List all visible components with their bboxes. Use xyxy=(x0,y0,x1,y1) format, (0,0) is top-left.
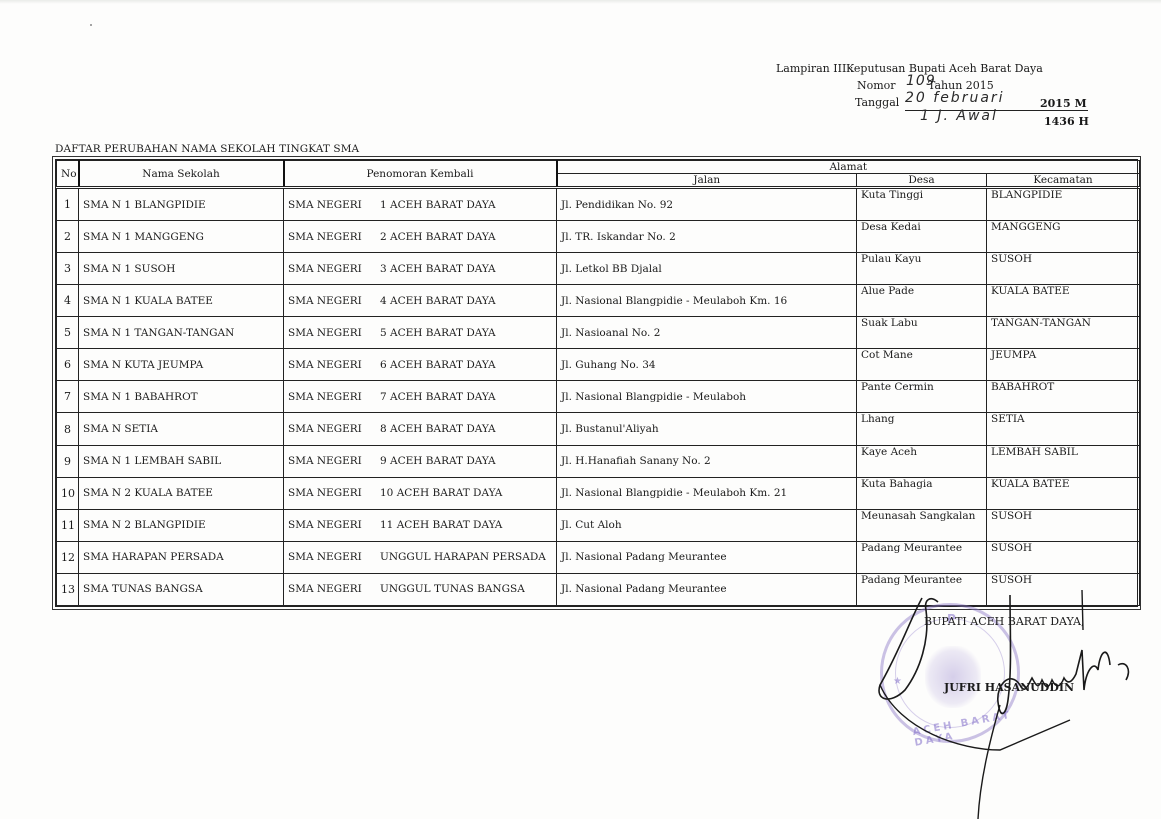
table-row: 3SMA N 1 SUSOHSMA NEGERI3 ACEH BARAT DAY… xyxy=(57,253,1140,285)
col-header-penomoran: Penomoran Kembali xyxy=(284,161,557,188)
row-nama-sekolah: SMA N 1 MANGGENG xyxy=(79,221,284,253)
penomoran-prefix: SMA NEGERI xyxy=(288,455,380,467)
row-jalan: Jl. Nasional Blangpidie - Meulaboh Km. 2… xyxy=(557,477,857,509)
row-desa: Alue Pade xyxy=(857,285,987,317)
table-row: 9SMA N 1 LEMBAH SABILSMA NEGERI9 ACEH BA… xyxy=(57,445,1140,477)
penomoran-prefix: SMA NEGERI xyxy=(288,263,380,275)
row-desa: Pulau Kayu xyxy=(857,253,987,285)
school-table-frame: No Nama Sekolah Penomoran Kembali Alamat… xyxy=(52,156,1141,610)
lampiran-title: Keputusan Bupati Aceh Barat Daya xyxy=(846,61,1043,77)
row-no: 1 xyxy=(57,188,79,221)
row-kecamatan: SETIA xyxy=(987,413,1140,445)
table-row: 11SMA N 2 BLANGPIDIESMA NEGERI11 ACEH BA… xyxy=(57,509,1140,541)
table-row: 4SMA N 1 KUALA BATEESMA NEGERI4 ACEH BAR… xyxy=(57,285,1140,317)
penomoran-prefix: SMA NEGERI xyxy=(288,295,380,307)
row-penomoran: SMA NEGERI7 ACEH BARAT DAYA xyxy=(284,381,557,413)
document-title: DAFTAR PERUBAHAN NAMA SEKOLAH TINGKAT SM… xyxy=(55,143,359,155)
row-no: 6 xyxy=(57,349,79,381)
col-header-nama: Nama Sekolah xyxy=(79,161,284,188)
row-nama-sekolah: SMA N 1 BLANGPIDIE xyxy=(79,188,284,221)
tanggal-label: Tanggal xyxy=(855,95,899,111)
row-penomoran: SMA NEGERIUNGGUL HARAPAN PERSADA xyxy=(284,541,557,573)
penomoran-suffix: 2 ACEH BARAT DAYA xyxy=(380,231,496,243)
penomoran-suffix: 8 ACEH BARAT DAYA xyxy=(380,423,496,435)
row-nama-sekolah: SMA N 1 LEMBAH SABIL xyxy=(79,445,284,477)
school-table: No Nama Sekolah Penomoran Kembali Alamat… xyxy=(56,160,1140,606)
row-desa: Kaye Aceh xyxy=(857,445,987,477)
row-no: 10 xyxy=(57,477,79,509)
penomoran-prefix: SMA NEGERI xyxy=(288,359,380,371)
table-row: 8SMA N SETIASMA NEGERI8 ACEH BARAT DAYAJ… xyxy=(57,413,1140,445)
table-row: 5SMA N 1 TANGAN-TANGANSMA NEGERI5 ACEH B… xyxy=(57,317,1140,349)
row-nama-sekolah: SMA N 2 KUALA BATEE xyxy=(79,477,284,509)
nomor-label: Nomor xyxy=(857,78,896,94)
row-jalan: Jl. Nasional Padang Meurantee xyxy=(557,573,857,605)
penomoran-prefix: SMA NEGERI xyxy=(288,519,380,531)
row-kecamatan: MANGGENG xyxy=(987,221,1140,253)
row-no: 13 xyxy=(57,573,79,605)
row-desa: Pante Cermin xyxy=(857,381,987,413)
table-row: 1SMA N 1 BLANGPIDIESMA NEGERI1 ACEH BARA… xyxy=(57,188,1140,221)
row-penomoran: SMA NEGERI2 ACEH BARAT DAYA xyxy=(284,221,557,253)
row-no: 2 xyxy=(57,221,79,253)
row-jalan: Jl. Nasional Blangpidie - Meulaboh xyxy=(557,381,857,413)
row-jalan: Jl. Pendidikan No. 92 xyxy=(557,188,857,221)
penomoran-suffix: 5 ACEH BARAT DAYA xyxy=(380,327,496,339)
penomoran-prefix: SMA NEGERI xyxy=(288,423,380,435)
row-kecamatan: SUSOH xyxy=(987,541,1140,573)
penomoran-prefix: SMA NEGERI xyxy=(288,487,380,499)
penomoran-prefix: SMA NEGERI xyxy=(288,327,380,339)
penomoran-suffix: 11 ACEH BARAT DAYA xyxy=(380,519,502,531)
penomoran-suffix: 7 ACEH BARAT DAYA xyxy=(380,391,496,403)
row-nama-sekolah: SMA N KUTA JEUMPA xyxy=(79,349,284,381)
row-kecamatan: JEUMPA xyxy=(987,349,1140,381)
row-penomoran: SMA NEGERI8 ACEH BARAT DAYA xyxy=(284,413,557,445)
row-desa: Cot Mane xyxy=(857,349,987,381)
penomoran-suffix: UNGGUL TUNAS BANGSA xyxy=(380,583,525,595)
penomoran-prefix: SMA NEGERI xyxy=(288,391,380,403)
tanggal-hijri: 1436 H xyxy=(1044,114,1089,130)
row-desa: Kuta Tinggi xyxy=(857,188,987,221)
row-nama-sekolah: SMA N 1 KUALA BATEE xyxy=(79,285,284,317)
row-kecamatan: KUALA BATEE xyxy=(987,477,1140,509)
row-penomoran: SMA NEGERI6 ACEH BARAT DAYA xyxy=(284,349,557,381)
row-jalan: Jl. Guhang No. 34 xyxy=(557,349,857,381)
row-kecamatan: BABAHROT xyxy=(987,381,1140,413)
row-kecamatan: LEMBAH SABIL xyxy=(987,445,1140,477)
table-row: 6SMA N KUTA JEUMPASMA NEGERI6 ACEH BARAT… xyxy=(57,349,1140,381)
table-row: 2SMA N 1 MANGGENGSMA NEGERI2 ACEH BARAT … xyxy=(57,221,1140,253)
row-desa: Padang Meurantee xyxy=(857,541,987,573)
row-kecamatan: TANGAN-TANGAN xyxy=(987,317,1140,349)
table-row: 7SMA N 1 BABAHROTSMA NEGERI7 ACEH BARAT … xyxy=(57,381,1140,413)
row-jalan: Jl. Cut Aloh xyxy=(557,509,857,541)
row-penomoran: SMA NEGERI1 ACEH BARAT DAYA xyxy=(284,188,557,221)
row-nama-sekolah: SMA N 2 BLANGPIDIE xyxy=(79,509,284,541)
row-desa: Suak Labu xyxy=(857,317,987,349)
handwritten-signature xyxy=(860,590,1161,819)
penomoran-prefix: SMA NEGERI xyxy=(288,583,380,595)
row-jalan: Jl. H.Hanafiah Sanany No. 2 xyxy=(557,445,857,477)
row-nama-sekolah: SMA N 1 SUSOH xyxy=(79,253,284,285)
row-penomoran: SMA NEGERI9 ACEH BARAT DAYA xyxy=(284,445,557,477)
row-no: 9 xyxy=(57,445,79,477)
row-no: 5 xyxy=(57,317,79,349)
tanggal-handwritten: 20 februari xyxy=(905,90,1005,106)
row-nama-sekolah: SMA HARAPAN PERSADA xyxy=(79,541,284,573)
row-no: 7 xyxy=(57,381,79,413)
col-header-jalan: Jalan xyxy=(557,174,857,188)
row-desa: Meunasah Sangkalan xyxy=(857,509,987,541)
col-header-desa: Desa xyxy=(857,174,987,188)
row-penomoran: SMA NEGERI3 ACEH BARAT DAYA xyxy=(284,253,557,285)
row-no: 4 xyxy=(57,285,79,317)
scan-edge xyxy=(0,0,1161,4)
row-penomoran: SMA NEGERI4 ACEH BARAT DAYA xyxy=(284,285,557,317)
row-no: 3 xyxy=(57,253,79,285)
row-penomoran: SMA NEGERIUNGGUL TUNAS BANGSA xyxy=(284,573,557,605)
row-jalan: Jl. TR. Iskandar No. 2 xyxy=(557,221,857,253)
row-penomoran: SMA NEGERI10 ACEH BARAT DAYA xyxy=(284,477,557,509)
tanggal-hijri-handwritten: 1 J. Awal xyxy=(920,108,998,124)
col-header-kecamatan: Kecamatan xyxy=(987,174,1140,188)
row-no: 12 xyxy=(57,541,79,573)
row-no: 8 xyxy=(57,413,79,445)
row-jalan: Jl. Nasional Blangpidie - Meulaboh Km. 1… xyxy=(557,285,857,317)
table-row: 10SMA N 2 KUALA BATEESMA NEGERI10 ACEH B… xyxy=(57,477,1140,509)
penomoran-suffix: 4 ACEH BARAT DAYA xyxy=(380,295,496,307)
row-jalan: Jl. Nasional Padang Meurantee xyxy=(557,541,857,573)
penomoran-prefix: SMA NEGERI xyxy=(288,551,380,563)
row-nama-sekolah: SMA TUNAS BANGSA xyxy=(79,573,284,605)
row-penomoran: SMA NEGERI11 ACEH BARAT DAYA xyxy=(284,509,557,541)
row-desa: Lhang xyxy=(857,413,987,445)
row-kecamatan: SUSOH xyxy=(987,253,1140,285)
penomoran-prefix: SMA NEGERI xyxy=(288,231,380,243)
penomoran-suffix: UNGGUL HARAPAN PERSADA xyxy=(380,551,546,563)
row-kecamatan: SUSOH xyxy=(987,509,1140,541)
penomoran-suffix: 3 ACEH BARAT DAYA xyxy=(380,263,496,275)
row-kecamatan: KUALA BATEE xyxy=(987,285,1140,317)
row-nama-sekolah: SMA N 1 TANGAN-TANGAN xyxy=(79,317,284,349)
row-desa: Desa Kedai xyxy=(857,221,987,253)
col-header-no: No xyxy=(57,161,79,188)
table-row: 12SMA HARAPAN PERSADASMA NEGERIUNGGUL HA… xyxy=(57,541,1140,573)
row-jalan: Jl. Nasioanal No. 2 xyxy=(557,317,857,349)
penomoran-suffix: 6 ACEH BARAT DAYA xyxy=(380,359,496,371)
col-header-alamat: Alamat xyxy=(557,161,1140,174)
row-no: 11 xyxy=(57,509,79,541)
row-jalan: Jl. Letkol BB Djalal xyxy=(557,253,857,285)
row-penomoran: SMA NEGERI5 ACEH BARAT DAYA xyxy=(284,317,557,349)
scan-speck xyxy=(90,24,92,26)
lampiran-label: Lampiran III : xyxy=(776,61,854,77)
row-desa: Kuta Bahagia xyxy=(857,477,987,509)
row-nama-sekolah: SMA N SETIA xyxy=(79,413,284,445)
penomoran-prefix: SMA NEGERI xyxy=(288,199,380,211)
row-kecamatan: BLANGPIDIE xyxy=(987,188,1140,221)
penomoran-suffix: 9 ACEH BARAT DAYA xyxy=(380,455,496,467)
row-nama-sekolah: SMA N 1 BABAHROT xyxy=(79,381,284,413)
penomoran-suffix: 1 ACEH BARAT DAYA xyxy=(380,199,496,211)
row-jalan: Jl. Bustanul'Aliyah xyxy=(557,413,857,445)
penomoran-suffix: 10 ACEH BARAT DAYA xyxy=(380,487,502,499)
